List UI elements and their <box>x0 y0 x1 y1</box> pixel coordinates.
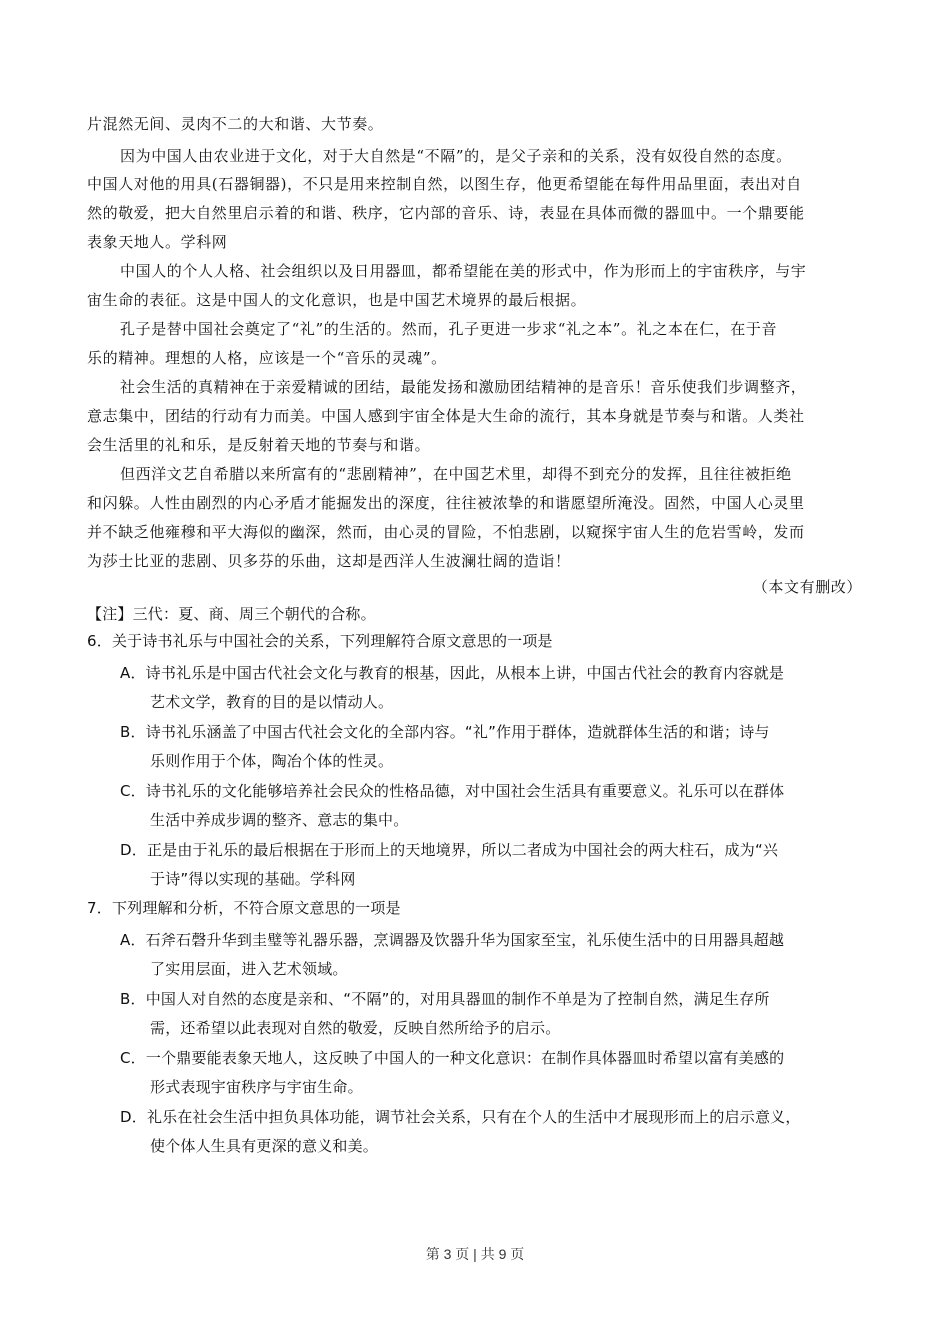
passage-line: 然的敬爱，把大自然里启示着的和谐、秩序，它内部的音乐、诗，表显在具体而微的器皿中… <box>87 203 805 223</box>
passage-line: 会生活里的礼和乐，是反射着天地的节奏与和谐。 <box>87 435 430 455</box>
question-6-option-a: A．诗书礼乐是中国古代社会文化与教育的根基，因此，从根本上讲，中国古代社会的教育… <box>120 663 784 683</box>
passage-line: 中国人对他的用具(石器铜器)，不只是用来控制自然，以图生存，他更希望能在每件用品… <box>87 174 802 194</box>
passage-line: 表象天地人。学科网 <box>87 232 227 252</box>
passage-line: 中国人的个人人格、社会组织以及日用器皿，都希望能在美的形式中，作为形而上的宇宙秩… <box>120 261 806 281</box>
question-6-option-a-cont: 艺术文学，教育的目的是以情动人。 <box>150 692 393 712</box>
question-6-option-c: C．诗书礼乐的文化能够培养社会民众的性格品德，对中国社会生活具有重要意义。礼乐可… <box>120 781 784 801</box>
passage-line: 意志集中，团结的行动有力而美。中国人感到宇宙全体是大生命的流行，其本身就是节奏与… <box>87 406 805 426</box>
question-7-option-d: D．礼乐在社会生活中担负具体功能，调节社会关系，只有在个人的生活中才展现形而上的… <box>120 1107 801 1127</box>
passage-line: 社会生活的真精神在于亲爱精诚的团结，最能发扬和激励团结精神的是音乐！音乐使我们步… <box>120 377 806 397</box>
question-6-option-d-cont: 于诗”得以实现的基础。学科网 <box>150 869 356 889</box>
passage-line: 和闪躲。人性由剧烈的内心矛盾才能掘发出的深度，往往被浓挚的和谐愿望所淹没。固然，… <box>87 493 805 513</box>
question-7-option-d-cont: 使个体人生具有更深的意义和美。 <box>150 1136 378 1156</box>
question-7-option-c-cont: 形式表现宇宙秩序与宇宙生命。 <box>150 1077 363 1097</box>
document-page: 片混然无间、灵肉不二的大和谐、大节奏。 因为中国人由农业进于文化，对于大自然是“… <box>0 0 950 1344</box>
question-6-option-b-cont: 乐则作用于个体，陶冶个体的性灵。 <box>150 751 393 771</box>
source-note: （本文有删改） <box>753 577 862 597</box>
question-7-stem: 7．下列理解和分析，不符合原文意思的一项是 <box>87 898 401 918</box>
question-7-option-c: C．一个鼎要能表象天地人，这反映了中国人的一种文化意识：在制作具体器皿时希望以富… <box>120 1048 784 1068</box>
annotation-note: 【注】三代：夏、商、周三个朝代的合称。 <box>87 604 376 624</box>
passage-line: 并不缺乏他雍穆和平大海似的幽深，然而，由心灵的冒险，不怕悲剧，以窥探宇宙人生的危… <box>87 522 805 542</box>
question-6-option-b: B．诗书礼乐涵盖了中国古代社会文化的全部内容。“礼”作用于群体，造就群体生活的和… <box>120 722 770 742</box>
question-7-option-b: B．中国人对自然的态度是亲和、“不隔”的，对用具器皿的制作不单是为了控制自然，满… <box>120 989 770 1009</box>
passage-line: 但西洋文艺自希腊以来所富有的“悲剧精神”，在中国艺术里，却得不到充分的发挥，且往… <box>120 464 792 484</box>
passage-line: 因为中国人由农业进于文化，对于大自然是“不隔”的，是父子亲和的关系，没有奴役自然… <box>120 146 792 166</box>
question-6-option-d: D．正是由于礼乐的最后根据在于形而上的天地境界，所以二者成为中国社会的两大柱石，… <box>120 840 778 860</box>
question-7-option-b-cont: 需，还希望以此表现对自然的敬爱，反映自然所给予的启示。 <box>150 1018 560 1038</box>
passage-line: 孔子是替中国社会奠定了“礼”的生活的。然而，孔子更进一步求“礼之本”。礼之本在仁… <box>120 319 777 339</box>
passage-line: 乐的精神。理想的人格，应该是一个“音乐的灵魂”。 <box>87 348 447 368</box>
question-6-stem: 6．关于诗书礼乐与中国社会的关系，下列理解符合原文意思的一项是 <box>87 631 553 651</box>
passage-line: 宙生命的表征。这是中国人的文化意识，也是中国艺术境界的最后根据。 <box>87 290 586 310</box>
passage-line: 片混然无间、灵肉不二的大和谐、大节奏。 <box>87 114 383 134</box>
question-7-option-a: A．石斧石磬升华到圭璧等礼器乐器，烹调器及饮器升华为国家至宝，礼乐使生活中的日用… <box>120 930 784 950</box>
question-6-option-c-cont: 生活中养成步调的整齐、意志的集中。 <box>150 810 408 830</box>
page-footer: 第 3 页 | 共 9 页 <box>0 1244 950 1264</box>
question-7-option-a-cont: 了实用层面，进入艺术领域。 <box>150 959 348 979</box>
passage-line: 为莎士比亚的悲剧、贝多芬的乐曲，这却是西洋人生波澜壮阔的造诣！ <box>87 551 571 571</box>
